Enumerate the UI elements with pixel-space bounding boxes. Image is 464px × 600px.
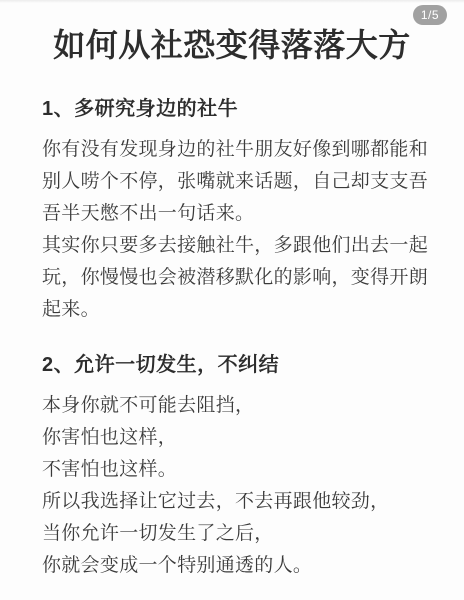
- section-1-body: 你有没有发现身边的社牛朋友好像到哪都能和 别人唠个不停，张嘴就来话题，自己却支支…: [42, 134, 426, 326]
- text-line: 所以我选择让它过去，不去再跟他较劲，: [42, 486, 426, 518]
- text-line: 你有没有发现身边的社牛朋友好像到哪都能和: [42, 134, 426, 166]
- text-line: 起来。: [42, 294, 426, 326]
- text-line: 别人唠个不停，张嘴就来话题，自己却支支吾: [42, 166, 426, 198]
- text-line: 你害怕也这样，: [42, 422, 426, 454]
- section-1-heading: 1、多研究身边的社牛: [42, 97, 426, 121]
- text-line: 玩，你慢慢也会被潜移默化的影响，变得开朗: [42, 262, 426, 294]
- text-line: 当你允许一切发生了之后，: [42, 518, 426, 550]
- note-card-page: 1/5 如何从社恐变得落落大方 1、多研究身边的社牛 你有没有发现身边的社牛朋友…: [0, 0, 464, 600]
- text-line: 你就会变成一个特别通透的人。: [42, 550, 426, 582]
- section-2-heading: 2、允许一切发生，不纠结: [42, 353, 426, 377]
- text-line: 本身你就不可能去阻挡，: [42, 390, 426, 422]
- content-area: 1、多研究身边的社牛 你有没有发现身边的社牛朋友好像到哪都能和 别人唠个不停，张…: [0, 97, 464, 582]
- text-line: 不害怕也这样。: [42, 454, 426, 486]
- text-line: 其实你只要多去接触社牛，多跟他们出去一起: [42, 230, 426, 262]
- text-line: 吾半天憋不出一句话来。: [42, 198, 426, 230]
- pagination-badge: 1/5: [413, 5, 447, 25]
- section-2-body: 本身你就不可能去阻挡， 你害怕也这样， 不害怕也这样。 所以我选择让它过去，不去…: [42, 390, 426, 582]
- page-title: 如何从社恐变得落落大方: [0, 26, 464, 64]
